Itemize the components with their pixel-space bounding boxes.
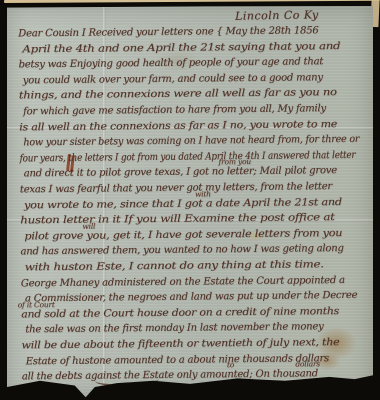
letter-line: George Mhaney administered on the Estate… <box>21 273 363 291</box>
interlinear-insert: will <box>82 222 95 230</box>
letter-paper: Lincoln Co Ky Dear Cousin I Received you… <box>7 6 373 398</box>
letter-line: is all well an the connexions as far as … <box>19 117 361 135</box>
letter-line: and has answered them, you wanted to no … <box>20 242 362 260</box>
letter-line: April the 4th and one April the 21st say… <box>22 39 364 57</box>
letter-line: huston letter in it If you will Examine … <box>20 211 362 229</box>
letter-line: the sale was on the first monday In last… <box>25 320 367 338</box>
letter-line: you wrote to me, since that I got a date… <box>24 195 366 213</box>
cutoff-stroke <box>245 376 329 388</box>
interlinear-insert: dollars <box>295 360 320 368</box>
letter-line: texas I was fearful that you never got m… <box>20 180 362 198</box>
letter-line: will be due about the fifteenth or twent… <box>21 336 363 354</box>
letter-line: things, and the connexions were all well… <box>19 86 361 104</box>
letter-line: how your sister betsy was coming on I ha… <box>23 133 365 151</box>
letter-line: for which gave me satisfaction to hare f… <box>23 102 365 120</box>
letter-line: you could walk over your farm, and could… <box>23 71 365 89</box>
letter-line: four years, the letters I got from you d… <box>19 149 361 167</box>
interlinear-insert: of it Court <box>18 301 55 309</box>
letter-photo: Lincoln Co Ky Dear Cousin I Received you… <box>0 0 380 400</box>
letter-line: and sold at the Court house door on a cr… <box>21 305 363 323</box>
letter-line: all the debts against the Estate only am… <box>22 367 364 385</box>
letter-line: Dear Cousin I Received your letters one … <box>18 24 360 42</box>
letter-lines: Dear Cousin I Received your letters one … <box>5 4 375 400</box>
letter-line: and direct it to pilot grove texas, I go… <box>24 164 366 182</box>
interlinear-insert: with <box>195 190 211 198</box>
letter-line: betsy was Enjoying good health of people… <box>18 55 360 73</box>
interlinear-insert: to <box>227 361 234 369</box>
letter-line: a Commissioner, the negroes and land was… <box>25 289 367 307</box>
interlinear-insert: from you <box>218 158 250 166</box>
paper-edge-strip <box>4 0 380 3</box>
letter-line: with huston Este, I cannot do any thing … <box>25 258 367 276</box>
letter-line: pilot grove you, get it, I have got seve… <box>24 227 366 245</box>
